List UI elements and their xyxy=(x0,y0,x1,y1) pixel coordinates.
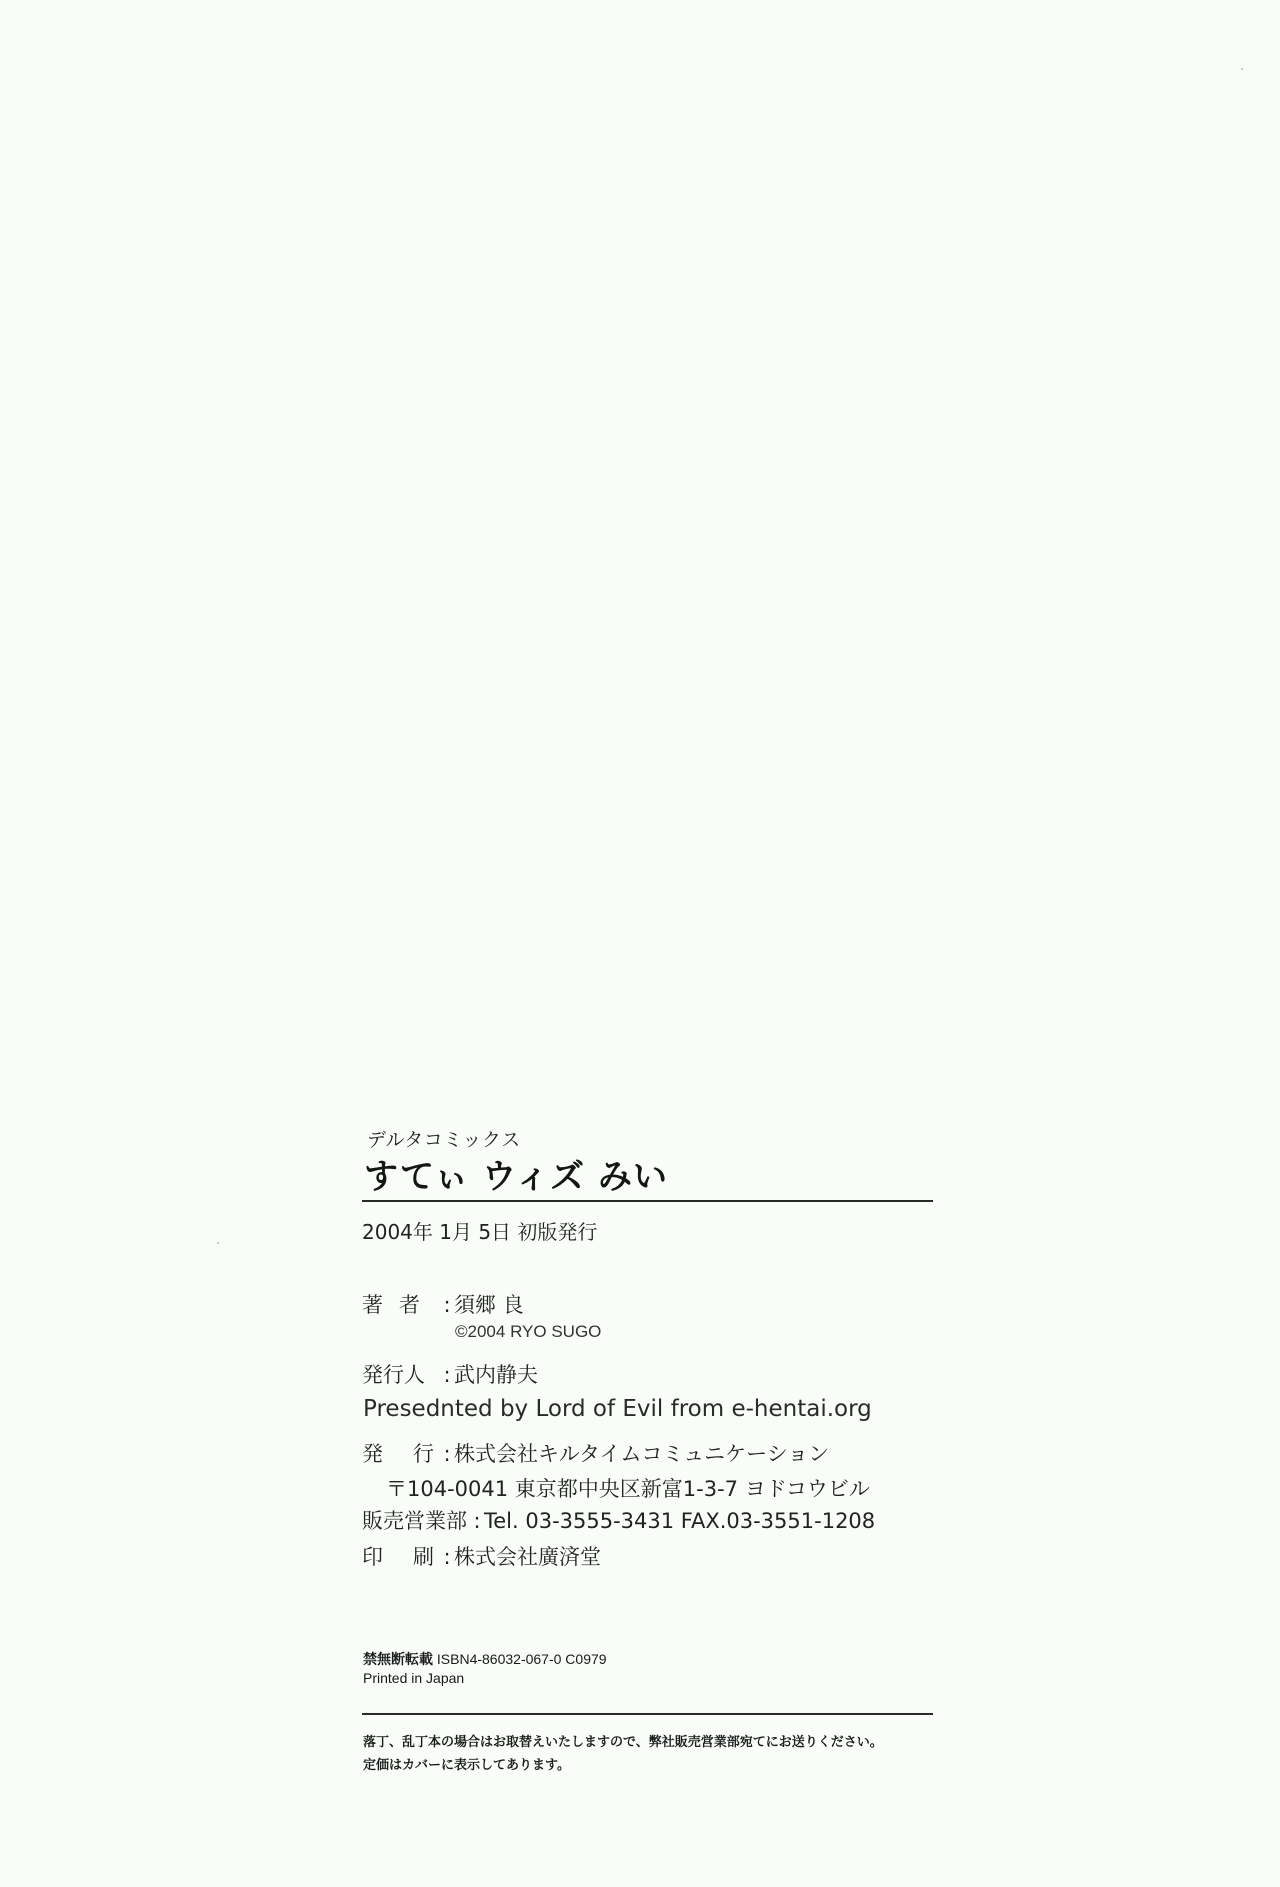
publication-date: 2004年 1月 5日 初版発行 xyxy=(362,1216,597,1245)
author-label: 著者 xyxy=(362,1289,440,1319)
author-separator: : xyxy=(440,1293,454,1317)
price-notice: 定価はカバーに表示してあります。 xyxy=(363,1754,570,1773)
printed-in-japan: Printed in Japan xyxy=(363,1670,464,1686)
notice-divider xyxy=(362,1713,933,1715)
sales-label: 販売営業部 xyxy=(362,1505,470,1535)
sales-contact: Tel. 03-3555-3431 FAX.03-3551-1208 xyxy=(484,1509,875,1533)
no-reproduction-notice: 禁無断転載 xyxy=(363,1652,433,1668)
book-title: すてぃ ウィズ みい xyxy=(364,1149,668,1198)
colophon-page: デルタコミックス すてぃ ウィズ みい 2004年 1月 5日 初版発行 著者:… xyxy=(0,0,1280,1887)
printer-label: 印刷 xyxy=(362,1541,440,1571)
publisher-row: 発行:株式会社キルタイムコミュニケーション xyxy=(362,1438,829,1468)
issuer-label: 発行人 xyxy=(362,1359,440,1389)
issuer-separator: : xyxy=(440,1363,454,1387)
isbn-code: ISBN4-86032-067-0 C0979 xyxy=(433,1651,607,1667)
issuer-row: 発行人:武内静夫 xyxy=(362,1359,538,1389)
paper-speck xyxy=(217,1242,219,1244)
isbn-line: 禁無断転載 ISBN4-86032-067-0 C0979 xyxy=(363,1649,607,1669)
publisher-label: 発行 xyxy=(362,1438,440,1468)
series-name: デルタコミックス xyxy=(367,1125,521,1152)
printer-name: 株式会社廣済堂 xyxy=(454,1545,601,1569)
author-row: 著者:須郷 良 xyxy=(362,1289,524,1319)
defect-notice: 落丁、乱丁本の場合はお取替えいたしますので、弊社販売営業部宛てにお送りください。 xyxy=(363,1731,883,1750)
issuer-name: 武内静夫 xyxy=(454,1363,538,1387)
publisher-address: 〒104-0041 東京都中央区新富1-3-7 ヨドコウビル xyxy=(386,1473,870,1503)
sales-row: 販売営業部:Tel. 03-3555-3431 FAX.03-3551-1208 xyxy=(362,1505,875,1535)
presented-by-line: Presednted by Lord of Evil from e-hentai… xyxy=(363,1396,872,1422)
printer-row: 印刷:株式会社廣済堂 xyxy=(362,1541,601,1571)
copyright-notice: ©2004 RYO SUGO xyxy=(455,1322,601,1342)
sales-separator: : xyxy=(470,1509,484,1533)
title-divider xyxy=(362,1200,933,1202)
publisher-name: 株式会社キルタイムコミュニケーション xyxy=(454,1442,829,1466)
publisher-separator: : xyxy=(440,1442,454,1466)
printer-separator: : xyxy=(440,1545,454,1569)
author-name: 須郷 良 xyxy=(454,1293,524,1317)
paper-speck xyxy=(1241,68,1243,70)
